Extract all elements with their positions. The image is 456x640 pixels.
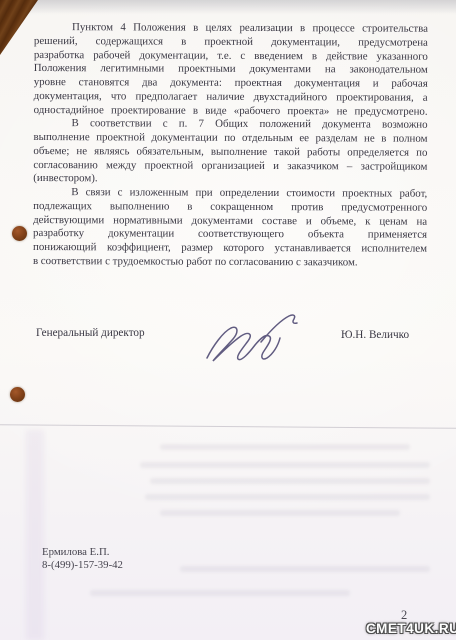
- bleed-through-smudge: [160, 444, 410, 450]
- paragraph-line: решений, содержащихся в проектной докуме…: [34, 35, 428, 50]
- paragraph-line: Пунктом 4 Положения в целях реализации в…: [34, 21, 428, 36]
- page-edge-shadow: [0, 0, 456, 14]
- signatory-name: Ю.Н. Величко: [341, 329, 409, 341]
- document-body: Пунктом 4 Положения в целях реализации в…: [33, 21, 428, 270]
- punch-hole-top: [12, 226, 27, 241]
- bleed-through-smudge: [150, 478, 430, 484]
- paragraph-line: документация, что предполагает наличие д…: [34, 90, 428, 105]
- bleed-through-smudge: [180, 566, 430, 572]
- punch-hole-bottom: [10, 387, 25, 402]
- paragraph: Пунктом 4 Положения в целях реализации в…: [34, 21, 428, 119]
- watermark: СМЕТ4UK.RU: [366, 621, 456, 636]
- paper-fold-line: [0, 424, 456, 429]
- paragraph: В связи с изложенным при определении сто…: [33, 186, 427, 270]
- paragraph: В соответствии с п. 7 Общих положений до…: [33, 117, 427, 187]
- paragraph-line: В связи с изложенным при определении сто…: [33, 186, 427, 201]
- bleed-through-smudge: [90, 590, 350, 596]
- paragraph-line: понижающий коэффициент, размер которого …: [33, 241, 427, 256]
- handwritten-signature-icon: [201, 308, 303, 368]
- scan-tint: [26, 430, 44, 640]
- bleed-through-smudge: [145, 494, 430, 500]
- paragraph-line: выполнение проектной документации по отд…: [33, 131, 427, 146]
- signatory-title: Генеральный директор: [36, 327, 145, 339]
- paragraph-line: объеме; не являясь обязательным, выполне…: [33, 145, 427, 160]
- scanned-document-photo: Пунктом 4 Положения в целях реализации в…: [0, 0, 456, 640]
- paragraph-line: подлежащих выполнению в сокращенном прот…: [33, 200, 427, 215]
- paragraph-line: уровне становятся два документа: проектн…: [34, 76, 428, 91]
- bleed-through-smudge: [140, 462, 430, 468]
- contact-name: Ермилова Е.П.: [42, 546, 123, 559]
- document-page: Пунктом 4 Положения в целях реализации в…: [0, 0, 456, 640]
- paragraph-line: в соответствии с трудоемкостью работ по …: [33, 255, 427, 270]
- contact-block: Ермилова Е.П. 8-(499)-157-39-42: [42, 546, 123, 572]
- bleed-through-smudge: [160, 510, 400, 516]
- contact-phone: 8-(499)-157-39-42: [42, 559, 123, 572]
